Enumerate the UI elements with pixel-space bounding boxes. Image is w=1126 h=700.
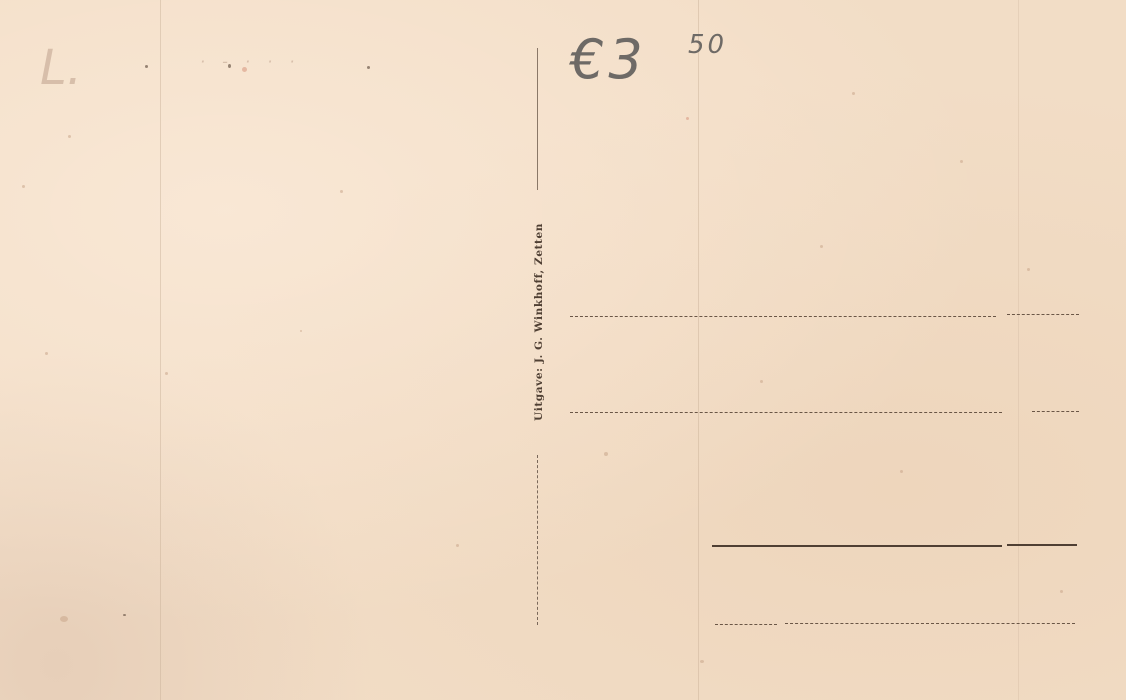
price-cents: 50 — [688, 30, 727, 60]
center-divider-bottom — [537, 455, 538, 625]
paper-speck — [340, 190, 343, 193]
paper-speck — [604, 452, 608, 456]
paper-speck — [45, 352, 48, 355]
address-line-1-end — [1007, 314, 1079, 315]
paper-fold-line — [1018, 0, 1019, 700]
address-line-2 — [570, 412, 1002, 413]
paper-speck — [60, 616, 68, 622]
paper-speck — [22, 185, 25, 188]
address-line-4-start — [715, 624, 777, 625]
paper-speck — [852, 92, 855, 95]
paper-speck — [900, 470, 903, 473]
publisher-imprint: Uitgave: J. G. Winkhoff, Zetten — [533, 223, 545, 421]
address-line-4 — [785, 623, 1075, 624]
center-divider-top — [537, 48, 538, 190]
paper-fold-line — [698, 0, 699, 700]
paper-fold-line — [160, 0, 161, 700]
paper-speck — [145, 65, 148, 68]
address-line-1 — [570, 316, 996, 317]
faint-pencil-mark: L. — [40, 40, 82, 96]
paper-speck — [367, 66, 370, 69]
price-note: €3 50 — [570, 28, 647, 91]
paper-speck — [760, 380, 763, 383]
paper-speck — [960, 160, 963, 163]
paper-speck — [165, 372, 168, 375]
paper-speck — [123, 614, 126, 616]
paper-speck — [456, 544, 459, 547]
paper-speck — [300, 330, 302, 332]
postcard-back: L. · - · · · €3 50 Uitgave: J. G. Winkho… — [0, 0, 1126, 700]
address-line-3 — [712, 545, 1002, 547]
paper-speck — [1027, 268, 1030, 271]
faint-pencil-mark: · - · · · — [200, 52, 300, 71]
address-line-2-end — [1032, 411, 1079, 412]
paper-speck — [68, 135, 71, 138]
paper-speck — [686, 117, 689, 120]
price-currency-symbol: € — [570, 28, 608, 91]
paper-speck — [1060, 590, 1063, 593]
paper-speck — [820, 245, 823, 248]
address-line-3-end — [1007, 544, 1077, 546]
paper-speck — [700, 660, 704, 663]
price-whole: 3 — [608, 28, 646, 91]
